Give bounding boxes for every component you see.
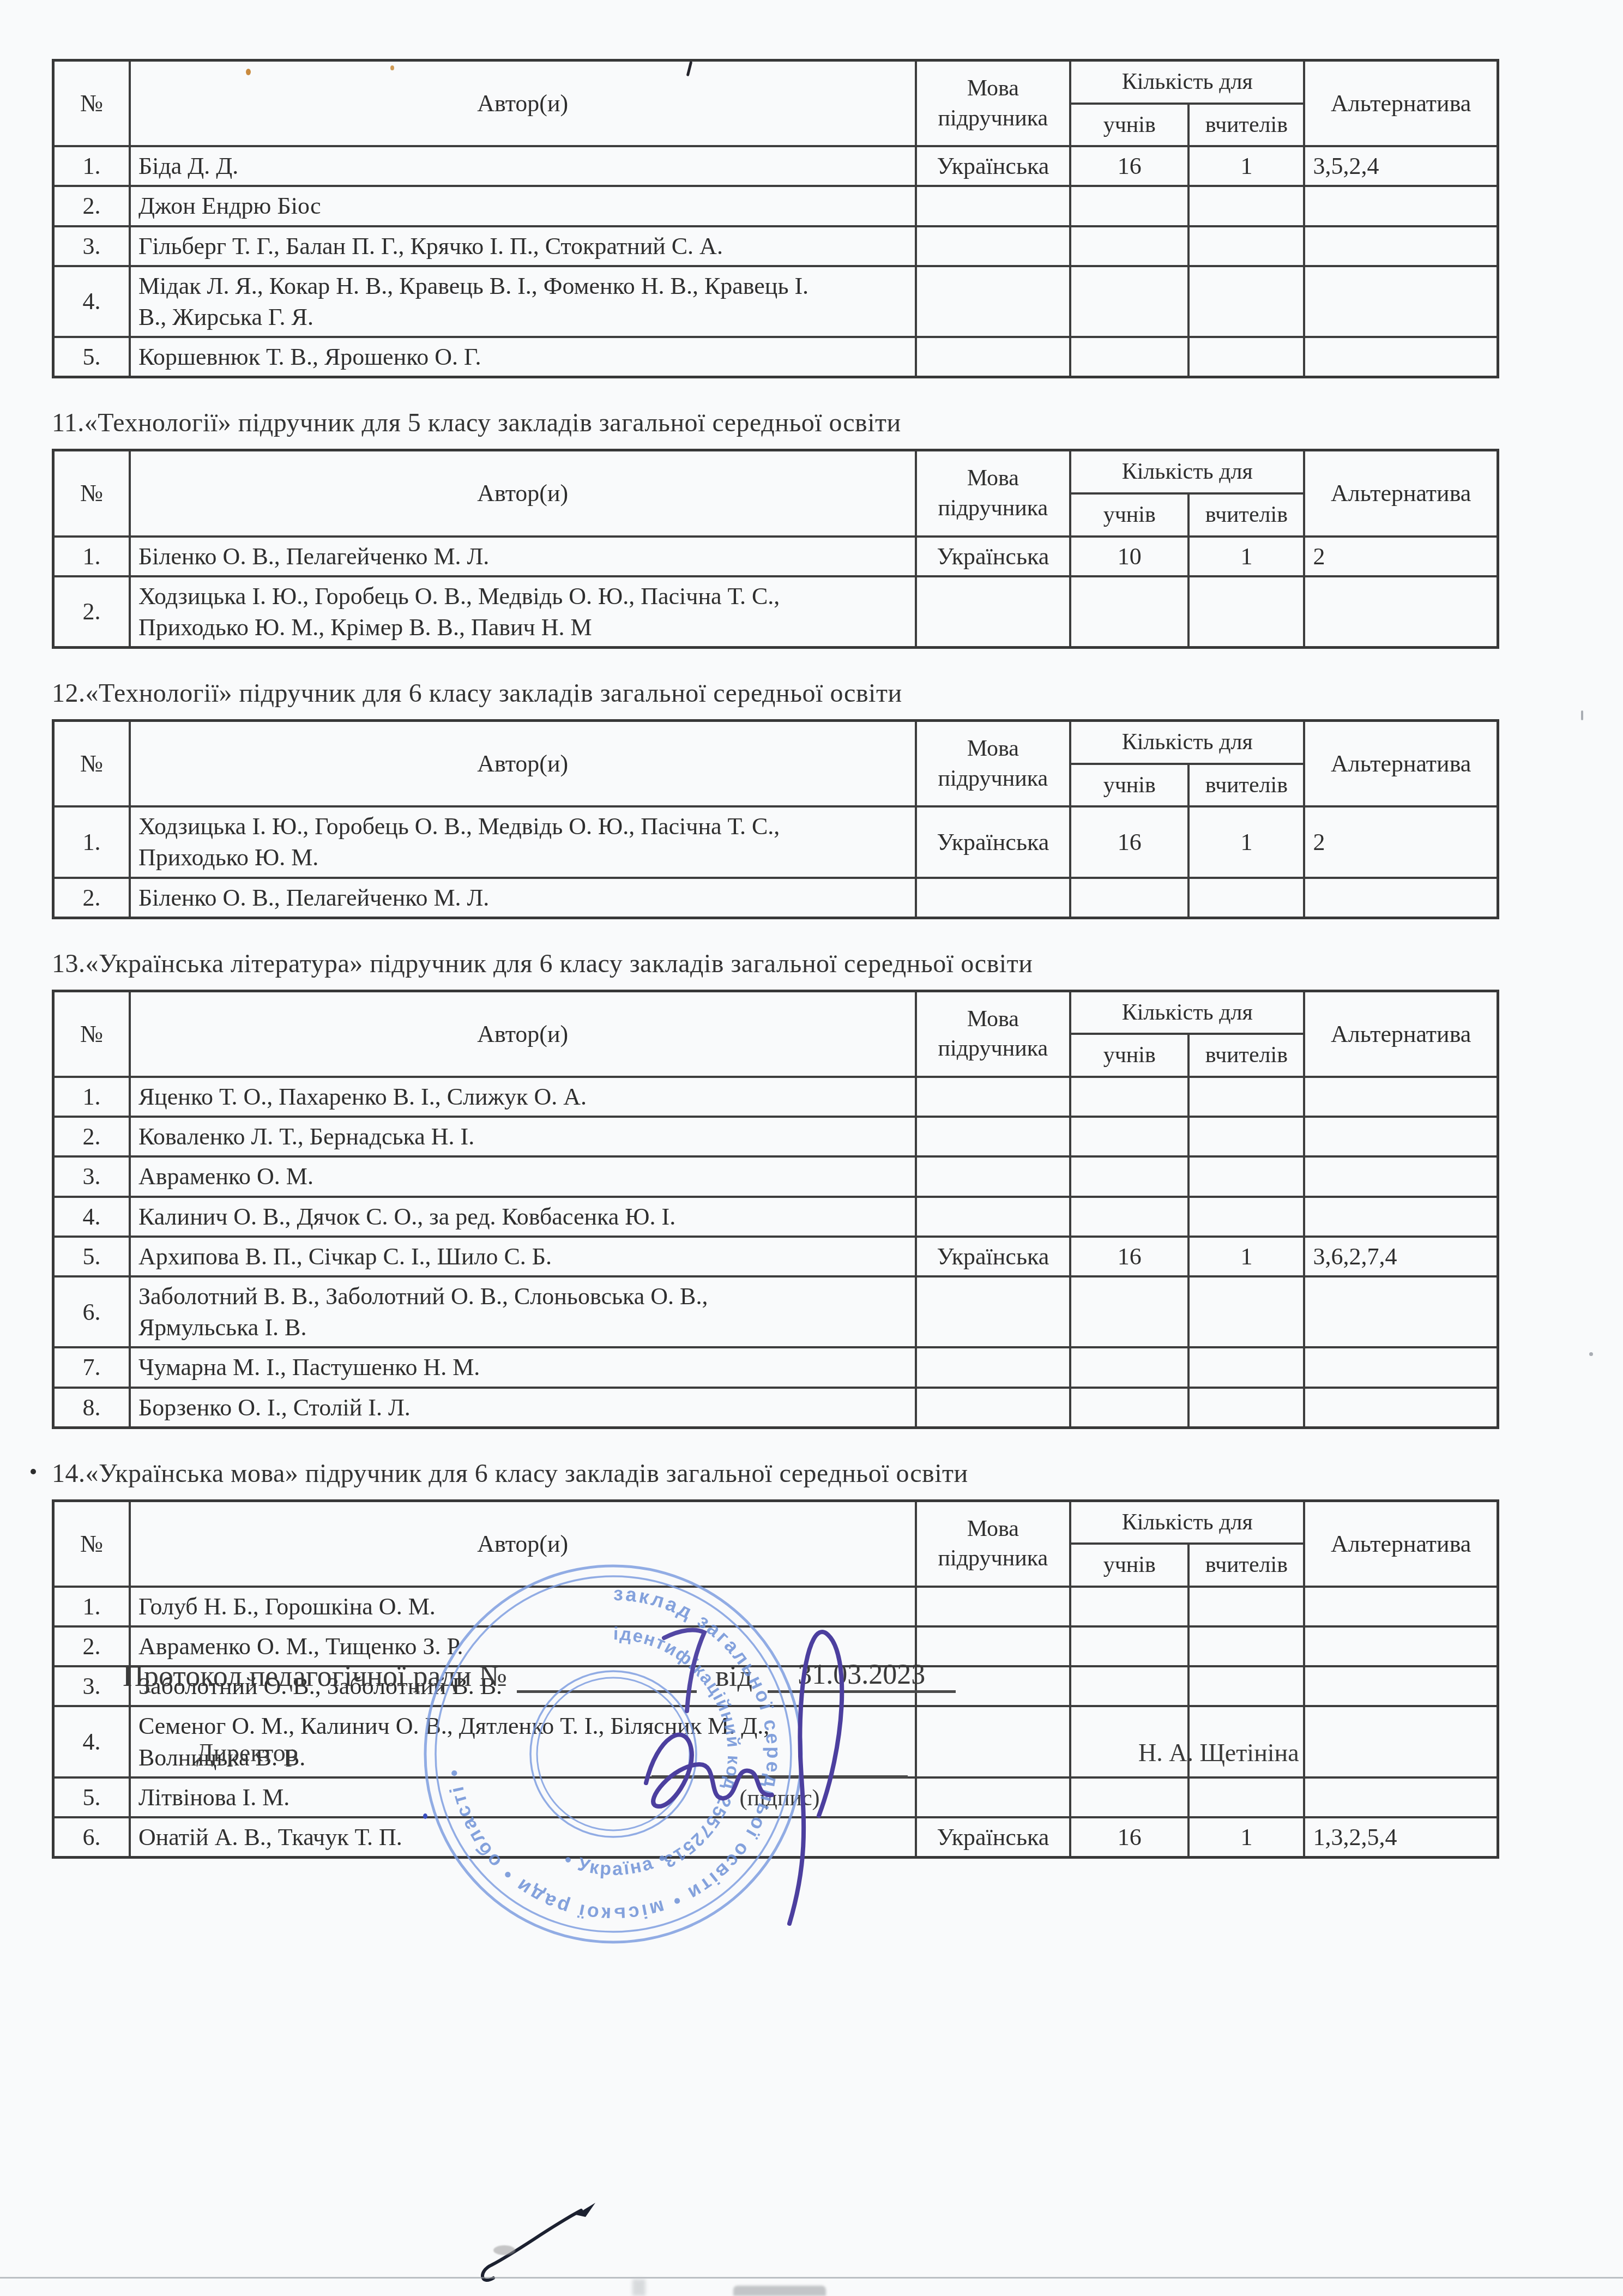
teachers-count-cell: 1	[1188, 146, 1304, 186]
authors-cell: Джон Ендрю Біос	[130, 186, 916, 226]
table-row: 4.Мідак Л. Я., Кокар Н. В., Кравець В. І…	[53, 266, 1498, 337]
scan-speck	[31, 1469, 36, 1474]
col-authors: Автор(и)	[130, 721, 916, 807]
alternative-cell	[1304, 576, 1498, 648]
students-count-cell	[1070, 186, 1188, 226]
col-teachers: вчителів	[1188, 493, 1304, 537]
language-cell	[916, 1347, 1071, 1387]
col-language: Мова підручника	[916, 991, 1071, 1077]
col-authors: Автор(и)	[130, 450, 916, 537]
authors-cell: Ходзицька І. Ю., Горобець О. В., Медвідь…	[130, 576, 916, 648]
students-count-cell	[1070, 1626, 1188, 1666]
teachers-count-cell	[1188, 1117, 1304, 1156]
teachers-count-cell: 1	[1188, 806, 1304, 877]
col-num: №	[53, 991, 130, 1077]
col-language: Мова підручника	[916, 450, 1071, 537]
language-cell	[916, 1706, 1071, 1777]
row-number: 8.	[53, 1388, 130, 1428]
col-count-for: Кількість для	[1070, 1500, 1304, 1544]
students-count-cell	[1070, 878, 1188, 918]
row-number: 2.	[53, 186, 130, 226]
alternative-cell: 1,3,2,5,4	[1304, 1817, 1498, 1858]
students-count-cell: 16	[1070, 1237, 1188, 1276]
ink-dot	[423, 1813, 427, 1819]
row-number: 1.	[53, 146, 130, 186]
textbook-table: №Автор(и)Мова підручникаКількість дляАль…	[52, 449, 1499, 649]
section-heading: 11.«Технології» підручник для 5 класу за…	[52, 408, 1499, 438]
language-cell	[916, 1077, 1071, 1117]
row-number: 6.	[53, 1276, 130, 1347]
students-count-cell	[1070, 337, 1188, 377]
row-number: 3.	[53, 1666, 130, 1706]
teachers-count-cell	[1188, 1666, 1304, 1706]
row-number: 3.	[53, 1156, 130, 1196]
teachers-count-cell	[1188, 1347, 1304, 1387]
row-number: 2.	[53, 1117, 130, 1156]
col-alternative: Альтернатива	[1304, 991, 1498, 1077]
authors-cell: Архипова В. П., Січкар С. І., Шило С. Б.	[130, 1237, 916, 1276]
authors-cell: Ходзицька І. Ю., Горобець О. В., Медвідь…	[130, 806, 916, 877]
row-number: 1.	[53, 806, 130, 877]
authors-cell: Чумарна М. І., Пастушенко Н. М.	[130, 1347, 916, 1387]
alternative-cell	[1304, 186, 1498, 226]
protocol-date: 31.03.2023	[798, 1659, 925, 1690]
table-row: 1.Ходзицька І. Ю., Горобець О. В., Медві…	[53, 806, 1498, 877]
language-cell: Українська	[916, 1817, 1071, 1858]
row-number: 5.	[53, 1777, 130, 1817]
table-row: 2.Біленко О. В., Пелагейченко М. Л.	[53, 878, 1498, 918]
row-number: 1.	[53, 537, 130, 576]
table-row: 5.Коршевнюк Т. В., Ярошенко О. Г.	[53, 337, 1498, 377]
col-alternative: Альтернатива	[1304, 1500, 1498, 1587]
authors-cell: Заболотний В. В., Заболотний О. В., Слон…	[130, 1276, 916, 1347]
scan-smudge	[733, 2286, 826, 2296]
alternative-cell	[1304, 266, 1498, 337]
table-row: 2.Ходзицька І. Ю., Горобець О. В., Медві…	[53, 576, 1498, 648]
section-heading: 12.«Технології» підручник для 6 класу за…	[52, 678, 1499, 708]
row-number: 3.	[53, 226, 130, 266]
students-count-cell	[1070, 1117, 1188, 1156]
authors-cell: Коваленко Л. Т., Бернадська Н. І.	[130, 1117, 916, 1156]
alternative-cell	[1304, 1156, 1498, 1196]
students-count-cell	[1070, 1777, 1188, 1817]
col-students: учнів	[1070, 1544, 1188, 1587]
alternative-cell: 2	[1304, 537, 1498, 576]
language-cell: Українська	[916, 146, 1071, 186]
teachers-count-cell	[1188, 576, 1304, 648]
language-cell	[916, 1117, 1071, 1156]
authors-cell: Яценко Т. О., Пахаренко В. І., Слижук О.…	[130, 1077, 916, 1117]
scan-smudge	[493, 2245, 515, 2255]
language-cell: Українська	[916, 806, 1071, 877]
language-cell	[916, 186, 1071, 226]
col-num: №	[53, 721, 130, 807]
teachers-count-cell	[1188, 878, 1304, 918]
alternative-cell	[1304, 337, 1498, 377]
row-number: 4.	[53, 266, 130, 337]
teachers-count-cell	[1188, 337, 1304, 377]
textbook-table: №Автор(и)Мова підручникаКількість дляАль…	[52, 990, 1499, 1429]
alternative-cell: 3,5,2,4	[1304, 146, 1498, 186]
table-row: 1.Біда Д. Д.Українська1613,5,2,4	[53, 146, 1498, 186]
col-students: учнів	[1070, 493, 1188, 537]
alternative-cell	[1304, 1197, 1498, 1237]
language-cell	[916, 266, 1071, 337]
language-cell	[916, 226, 1071, 266]
language-cell	[916, 576, 1071, 648]
table-row: 7.Чумарна М. І., Пастушенко Н. М.	[53, 1347, 1498, 1387]
table-row: 5.Архипова В. П., Січкар С. І., Шило С. …	[53, 1237, 1498, 1276]
language-cell	[916, 337, 1071, 377]
scan-speck	[1589, 1352, 1593, 1356]
language-cell	[916, 1777, 1071, 1817]
row-number: 6.	[53, 1817, 130, 1858]
authors-cell: Калинич О. В., Дячок С. О., за ред. Ковб…	[130, 1197, 916, 1237]
students-count-cell: 10	[1070, 537, 1188, 576]
scan-speck	[1581, 710, 1583, 720]
alternative-cell	[1304, 1347, 1498, 1387]
authors-cell: Коршевнюк Т. В., Ярошенко О. Г.	[130, 337, 916, 377]
col-alternative: Альтернатива	[1304, 450, 1498, 537]
language-cell	[916, 878, 1071, 918]
col-num: №	[53, 61, 130, 147]
teachers-count-cell	[1188, 1077, 1304, 1117]
col-students: учнів	[1070, 1034, 1188, 1077]
row-number: 2.	[53, 1626, 130, 1666]
teachers-count-cell: 1	[1188, 1237, 1304, 1276]
col-num: №	[53, 1500, 130, 1587]
table-row: 6.Заболотний В. В., Заболотний О. В., Сл…	[53, 1276, 1498, 1347]
alternative-cell	[1304, 1777, 1498, 1817]
students-count-cell	[1070, 576, 1188, 648]
alternative-cell: 3,6,2,7,4	[1304, 1237, 1498, 1276]
col-teachers: вчителів	[1188, 764, 1304, 807]
textbook-table: №Автор(и)Мова підручникаКількість дляАль…	[52, 59, 1499, 378]
alternative-cell	[1304, 1117, 1498, 1156]
table-row: 2.Джон Ендрю Біос	[53, 186, 1498, 226]
teachers-count-cell	[1188, 186, 1304, 226]
section-heading: 14.«Українська мова» підручник для 6 кла…	[52, 1459, 1499, 1489]
col-language: Мова підручника	[916, 1500, 1071, 1587]
scan-speck	[246, 69, 251, 75]
students-count-cell	[1070, 266, 1188, 337]
col-students: учнів	[1070, 104, 1188, 147]
row-number: 1.	[53, 1077, 130, 1117]
section-heading: 13.«Українська література» підручник для…	[52, 949, 1499, 979]
authors-cell: Біленко О. В., Пелагейченко М. Л.	[130, 537, 916, 576]
row-number: 4.	[53, 1706, 130, 1777]
authors-cell: Гільберг Т. Г., Балан П. Г., Крячко І. П…	[130, 226, 916, 266]
row-number: 1.	[53, 1587, 130, 1626]
language-cell	[916, 1197, 1071, 1237]
teachers-count-cell	[1188, 266, 1304, 337]
authors-cell: Авраменко О. М.	[130, 1156, 916, 1196]
col-authors: Автор(и)	[130, 991, 916, 1077]
teachers-count-cell	[1188, 1626, 1304, 1666]
authors-cell: Біленко О. В., Пелагейченко М. Л.	[130, 878, 916, 918]
row-number: 2.	[53, 878, 130, 918]
director-label: Директор	[196, 1738, 298, 1767]
col-count-for: Кількість для	[1070, 450, 1304, 493]
language-cell	[916, 1587, 1071, 1626]
director-name: Н. А. Щетініна	[1138, 1738, 1299, 1767]
row-number: 7.	[53, 1347, 130, 1387]
teachers-count-cell	[1188, 226, 1304, 266]
teachers-count-cell: 1	[1188, 1817, 1304, 1858]
students-count-cell	[1070, 1077, 1188, 1117]
language-cell	[916, 1156, 1071, 1196]
students-count-cell: 16	[1070, 806, 1188, 877]
col-count-for: Кількість для	[1070, 991, 1304, 1034]
alternative-cell	[1304, 226, 1498, 266]
authors-cell: Біда Д. Д.	[130, 146, 916, 186]
row-number: 4.	[53, 1197, 130, 1237]
stamp-ring-inner	[530, 1671, 696, 1837]
language-cell: Українська	[916, 537, 1071, 576]
col-alternative: Альтернатива	[1304, 721, 1498, 807]
students-count-cell	[1070, 1388, 1188, 1428]
table-row: 2.Коваленко Л. Т., Бернадська Н. І.	[53, 1117, 1498, 1156]
teachers-count-cell	[1188, 1777, 1304, 1817]
teachers-count-cell	[1188, 1197, 1304, 1237]
ink-scratch	[469, 2186, 622, 2295]
alternative-cell	[1304, 1276, 1498, 1347]
scan-edge-line	[0, 2277, 1623, 2279]
alternative-cell	[1304, 1706, 1498, 1777]
table-row: 1.Біленко О. В., Пелагейченко М. Л.Украї…	[53, 537, 1498, 576]
alternative-cell	[1304, 1077, 1498, 1117]
students-count-cell	[1070, 1587, 1188, 1626]
table-row: 3.Авраменко О. М.	[53, 1156, 1498, 1196]
col-count-for: Кількість для	[1070, 721, 1304, 764]
students-count-cell	[1070, 1347, 1188, 1387]
scanned-document-page: { "table_header": { "num": "№", "authors…	[0, 0, 1623, 2296]
col-num: №	[53, 450, 130, 537]
row-number: 2.	[53, 576, 130, 648]
teachers-count-cell	[1188, 1276, 1304, 1347]
col-students: учнів	[1070, 764, 1188, 807]
table-row: 1.Яценко Т. О., Пахаренко В. І., Слижук …	[53, 1077, 1498, 1117]
official-stamp: заклад загальної середньої освіти • місь…	[420, 1560, 807, 1948]
col-language: Мова підручника	[916, 721, 1071, 807]
students-count-cell	[1070, 1666, 1188, 1706]
stamp-text-bottom: • Україна •	[561, 1847, 671, 1879]
students-count-cell	[1070, 226, 1188, 266]
students-count-cell: 16	[1070, 146, 1188, 186]
svg-text:• Україна •: • Україна •	[561, 1847, 671, 1879]
scan-smudge	[632, 2279, 645, 2296]
students-count-cell	[1070, 1156, 1188, 1196]
language-cell: Українська	[916, 1237, 1071, 1276]
students-count-cell	[1070, 1276, 1188, 1347]
alternative-cell	[1304, 1587, 1498, 1626]
alternative-cell	[1304, 1626, 1498, 1666]
alternative-cell	[1304, 1666, 1498, 1706]
alternative-cell	[1304, 1388, 1498, 1428]
students-count-cell: 16	[1070, 1817, 1188, 1858]
language-cell	[916, 1388, 1071, 1428]
alternative-cell: 2	[1304, 806, 1498, 877]
row-number: 5.	[53, 337, 130, 377]
col-teachers: вчителів	[1188, 1544, 1304, 1587]
col-teachers: вчителів	[1188, 104, 1304, 147]
authors-cell: Мідак Л. Я., Кокар Н. В., Кравець В. І.,…	[130, 266, 916, 337]
col-teachers: вчителів	[1188, 1034, 1304, 1077]
table-row: 8.Борзенко О. І., Столій І. Л.	[53, 1388, 1498, 1428]
table-row: 4.Калинич О. В., Дячок С. О., за ред. Ко…	[53, 1197, 1498, 1237]
teachers-count-cell	[1188, 1388, 1304, 1428]
authors-cell: Борзенко О. І., Столій І. Л.	[130, 1388, 916, 1428]
teachers-count-cell: 1	[1188, 537, 1304, 576]
table-row: 3.Гільберг Т. Г., Балан П. Г., Крячко І.…	[53, 226, 1498, 266]
alternative-cell	[1304, 878, 1498, 918]
row-number: 5.	[53, 1237, 130, 1276]
col-count-for: Кількість для	[1070, 61, 1304, 104]
textbook-table: №Автор(и)Мова підручникаКількість дляАль…	[52, 719, 1499, 919]
col-language: Мова підручника	[916, 61, 1071, 147]
scan-speck	[390, 65, 394, 70]
stamp-ring-outer	[425, 1566, 801, 1942]
teachers-count-cell	[1188, 1587, 1304, 1626]
col-alternative: Альтернатива	[1304, 61, 1498, 147]
teachers-count-cell	[1188, 1156, 1304, 1196]
language-cell	[916, 1276, 1071, 1347]
students-count-cell	[1070, 1197, 1188, 1237]
